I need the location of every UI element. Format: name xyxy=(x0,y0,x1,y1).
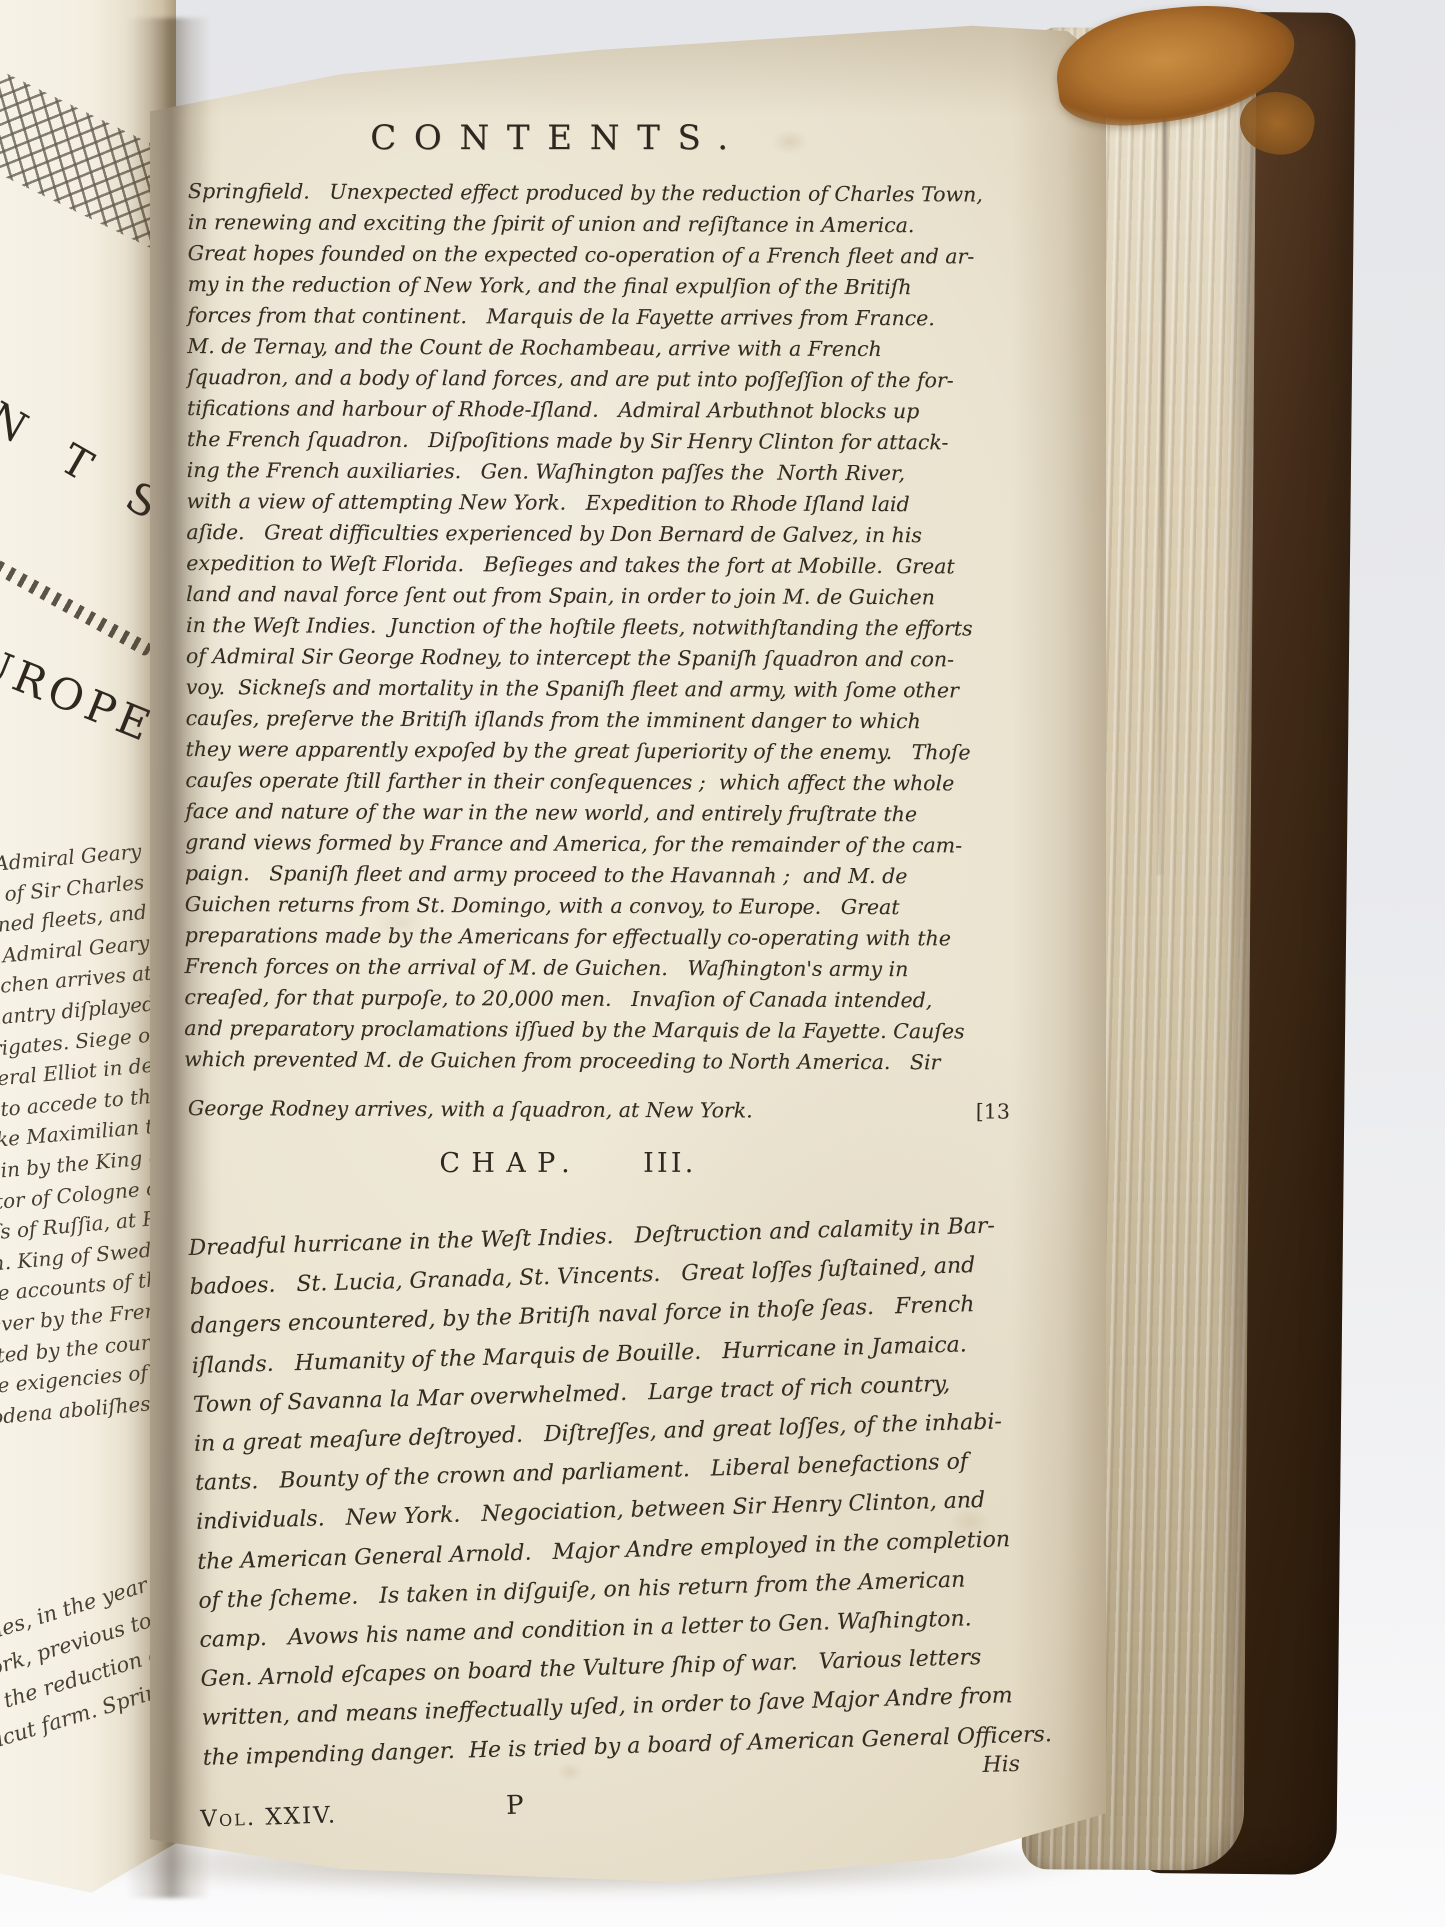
chapter3-heading: CHAP. III. xyxy=(188,1148,948,1179)
text-line: in the Weſt Indies. Junction of the hoſt… xyxy=(186,610,1064,645)
text-line: in renewing and exciting the ſpirit of u… xyxy=(188,207,1066,242)
text-line: Great hopes founded on the expected co-o… xyxy=(188,238,1066,273)
text-line: tifications and harbour of Rhode-Iſland.… xyxy=(187,393,1065,428)
page-content: CONTENTS. Springfield. Unexpected effect… xyxy=(150,22,1106,1833)
gutter-shadow xyxy=(126,18,210,1898)
text-line: creaſed, for that purpoſe, to 20,000 men… xyxy=(184,982,1062,1017)
text-line: cauſes operate ſtill farther in their co… xyxy=(185,765,1063,800)
text-line: land and naval force ſent out from Spain… xyxy=(186,579,1064,614)
text-line: face and nature of the war in the new wo… xyxy=(185,796,1063,831)
text-line: Guichen returns from St. Domingo, with a… xyxy=(185,889,1063,924)
text-line: my in the reduction of New York, and the… xyxy=(187,269,1065,304)
text-line: ing the French auxiliaries. Gen. Waſhing… xyxy=(187,455,1065,490)
chapter2-last-line: George Rodney arrives, with a ſquadron, … xyxy=(188,1093,1010,1128)
text-line: they were apparently expoſed by the grea… xyxy=(185,734,1063,769)
text-line: preparations made by the Americans for e… xyxy=(185,920,1063,955)
chapter2-last-line-text: George Rodney arrives, with a ſquadron, … xyxy=(188,1093,753,1126)
chapter-label: CHAP. xyxy=(439,1148,581,1179)
volume-label: Vol. XXIV. xyxy=(200,1802,337,1832)
photo-of-open-book: N T S. UROPE. 1780. Admiral Gearythe dea… xyxy=(0,0,1445,1927)
text-line: ſquadron, and a body of land forces, and… xyxy=(187,362,1065,397)
text-line: forces from that continent. Marquis de l… xyxy=(187,300,1065,335)
text-line: paign. Spaniſh fleet and army proceed to… xyxy=(185,858,1063,893)
text-line: voy. Sickneſs and mortality in the Spani… xyxy=(186,672,1064,707)
text-line: and preparatory proclamations iſſued by … xyxy=(184,1013,1062,1048)
text-line: which prevented M. de Guichen from proce… xyxy=(184,1044,1062,1079)
text-line: expedition to Weſt Florida. Beſieges and… xyxy=(186,548,1064,583)
text-line: grand views formed by France and America… xyxy=(185,827,1063,862)
right-page: CONTENTS. Springfield. Unexpected effect… xyxy=(150,22,1106,1884)
chapter2-page-ref: [13 xyxy=(976,1096,1010,1127)
text-line: with a view of attempting New York. Expe… xyxy=(187,486,1065,521)
text-line: the French ſquadron. Diſpoſitions made b… xyxy=(187,424,1065,459)
text-line: M. de Ternay, and the Count de Rochambea… xyxy=(187,331,1065,366)
chapter2-contents-paragraph: Springfield. Unexpected effect produced … xyxy=(184,176,1066,1079)
chapter-numeral: III. xyxy=(643,1148,697,1179)
page-title: CONTENTS. xyxy=(188,118,928,158)
text-line: aſide. Great difficulties experienced by… xyxy=(186,517,1064,552)
signature-mark: P xyxy=(506,1790,524,1821)
chapter3-contents-paragraph: Dreadful hurricane in the Weſt Indies. D… xyxy=(188,1204,1081,1777)
text-line: Springfield. Unexpected effect produced … xyxy=(188,176,1066,211)
text-line: of Admiral Sir George Rodney, to interce… xyxy=(186,641,1064,676)
fore-edge-crease xyxy=(1157,65,1167,875)
text-line: cauſes, preſerve the Britiſh iſlands fro… xyxy=(186,703,1064,738)
text-line: French forces on the arrival of M. de Gu… xyxy=(184,951,1062,986)
